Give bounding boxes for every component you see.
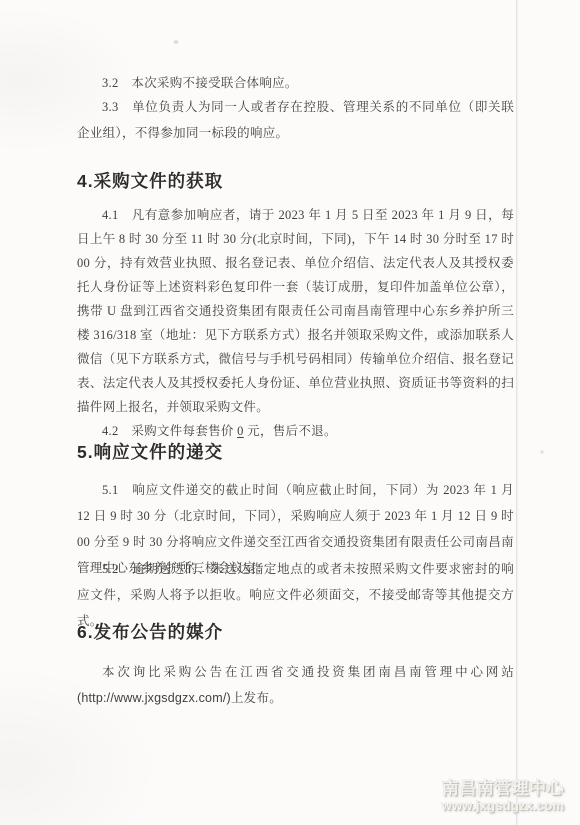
scan-fold-line [516,0,517,825]
clause-4-1: 4.1 凡有意参加响应者，请于 2023 年 1 月 5 日至 2023 年 1… [77,203,514,419]
announcement-media-line: 本次询比采购公告在江西省交通投资集团南昌南管理中心网站 [77,659,514,685]
clause-4-2-prefix: 4.2 采购文件每套售价 [102,424,237,438]
website-url: (http://www.jxgsdgzx.com/) [77,691,231,705]
section-6-heading: 6.发布公告的媒介 [77,620,514,644]
section-5-heading: 5.响应文件的递交 [77,440,514,464]
watermark: 南昌南管理中心 www.jxgsdgzx.com [436,779,570,814]
section-4-heading: 4.采购文件的获取 [77,169,514,193]
clause-4-2-suffix: 元，售后不退。 [244,424,337,438]
section-6-body: 本次询比采购公告在江西省交通投资集团南昌南管理中心网站 (http://www.… [77,659,514,711]
watermark-website: www.jxgsdgzx.com [436,798,570,814]
watermark-org-name: 南昌南管理中心 [436,779,570,798]
announcement-url-suffix: 上发布。 [231,691,282,705]
announcement-url-line: (http://www.jxgsdgzx.com/)上发布。 [77,685,514,711]
clause-3-3: 3.3 单位负责人为同一人或者存在控股、管理关系的不同单位（即关联企业组），不得… [77,94,514,146]
clause-3-2: 3.2 本次采购不接受联合体响应。 [77,70,514,96]
scanned-document-page: 3.2 本次采购不接受联合体响应。 3.3 单位负责人为同一人或者存在控股、管理… [0,0,580,825]
section-4-body: 4.1 凡有意参加响应者，请于 2023 年 1 月 5 日至 2023 年 1… [77,203,514,443]
